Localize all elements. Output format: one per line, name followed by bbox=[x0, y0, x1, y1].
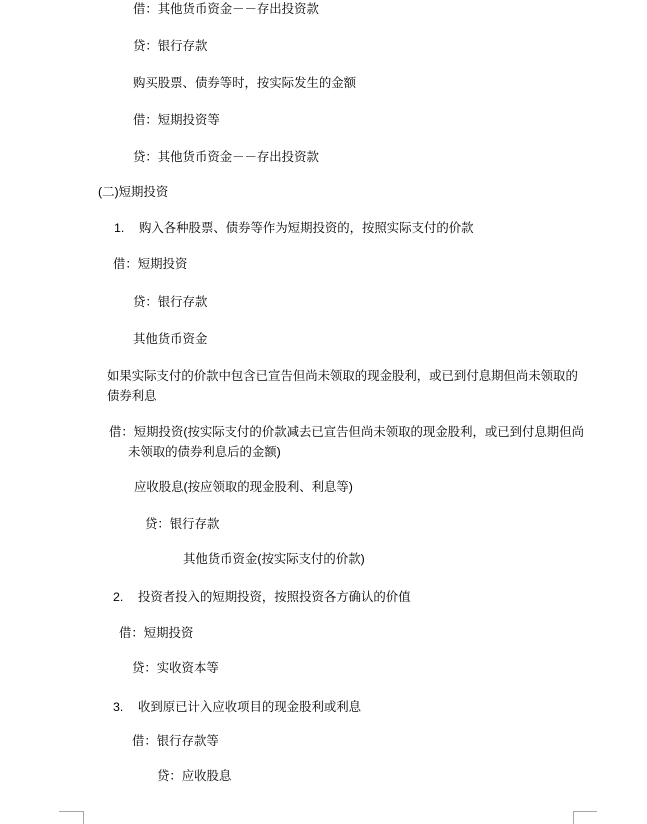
doc-line-entry: 借：短期投资 bbox=[113, 258, 187, 271]
doc-line-paragraph: 购买股票、债券等时，按实际发生的金额 bbox=[133, 77, 356, 90]
doc-line-entry: 借：短期投资等 bbox=[133, 114, 220, 127]
doc-line-item-number: 1. bbox=[114, 222, 124, 235]
doc-line-paragraph: 如果实际支付的价款中包含已宣告但尚未领取的现金股利，或已到付息期但尚未领取的 bbox=[107, 370, 578, 383]
doc-line-item-text: 收到原已计入应收项目的现金股利或利息 bbox=[138, 701, 361, 714]
doc-line-paragraph-wrap: 债券利息 bbox=[107, 390, 157, 403]
doc-line-entry: 借：短期投资 bbox=[119, 627, 193, 640]
doc-line-entry: 应收股息(按应领取的现金股利、利息等) bbox=[134, 481, 353, 494]
doc-line-entry: 借：银行存款等 bbox=[132, 735, 219, 748]
crop-mark-icon-right-vertical bbox=[573, 811, 574, 824]
doc-line-entry: 贷：银行存款 bbox=[133, 296, 207, 309]
crop-mark-icon-left-horizontal bbox=[59, 811, 83, 812]
doc-line-heading: (二)短期投资 bbox=[98, 186, 168, 199]
doc-line-item-text: 购入各种股票、债券等作为短期投资的，按照实际支付的价款 bbox=[139, 222, 474, 235]
doc-line-entry: 贷：银行存款 bbox=[145, 518, 219, 531]
document-page[interactable]: 借：其他货币资金－－存出投资款贷：银行存款购买股票、债券等时，按实际发生的金额借… bbox=[0, 0, 647, 824]
crop-mark-icon-right-horizontal bbox=[573, 811, 597, 812]
doc-line-entry: 借：其他货币资金－－存出投资款 bbox=[133, 3, 319, 16]
doc-line-entry: 其他货币资金(按实际支付的价款) bbox=[183, 553, 365, 566]
doc-line-entry: 其他货币资金 bbox=[133, 333, 207, 346]
doc-line-item-number: 2. bbox=[113, 591, 123, 604]
doc-line-entry: 贷：实收资本等 bbox=[132, 662, 219, 675]
crop-mark-icon-left-vertical bbox=[83, 811, 84, 824]
doc-line-item-text: 投资者投入的短期投资，按照投资各方确认的价值 bbox=[138, 591, 411, 604]
doc-line-entry: 贷：其他货币资金－－存出投资款 bbox=[133, 151, 319, 164]
doc-line-item-number: 3. bbox=[113, 701, 123, 714]
doc-line-entry: 贷：银行存款 bbox=[133, 40, 207, 53]
doc-line-entry-wrap: 未领取的债券利息后的金额) bbox=[128, 446, 281, 459]
doc-line-entry: 贷：应收股息 bbox=[157, 770, 231, 783]
doc-line-entry: 借：短期投资(按实际支付的价款减去已宣告但尚未领取的现金股利，或已到付息期但尚 bbox=[109, 426, 584, 439]
